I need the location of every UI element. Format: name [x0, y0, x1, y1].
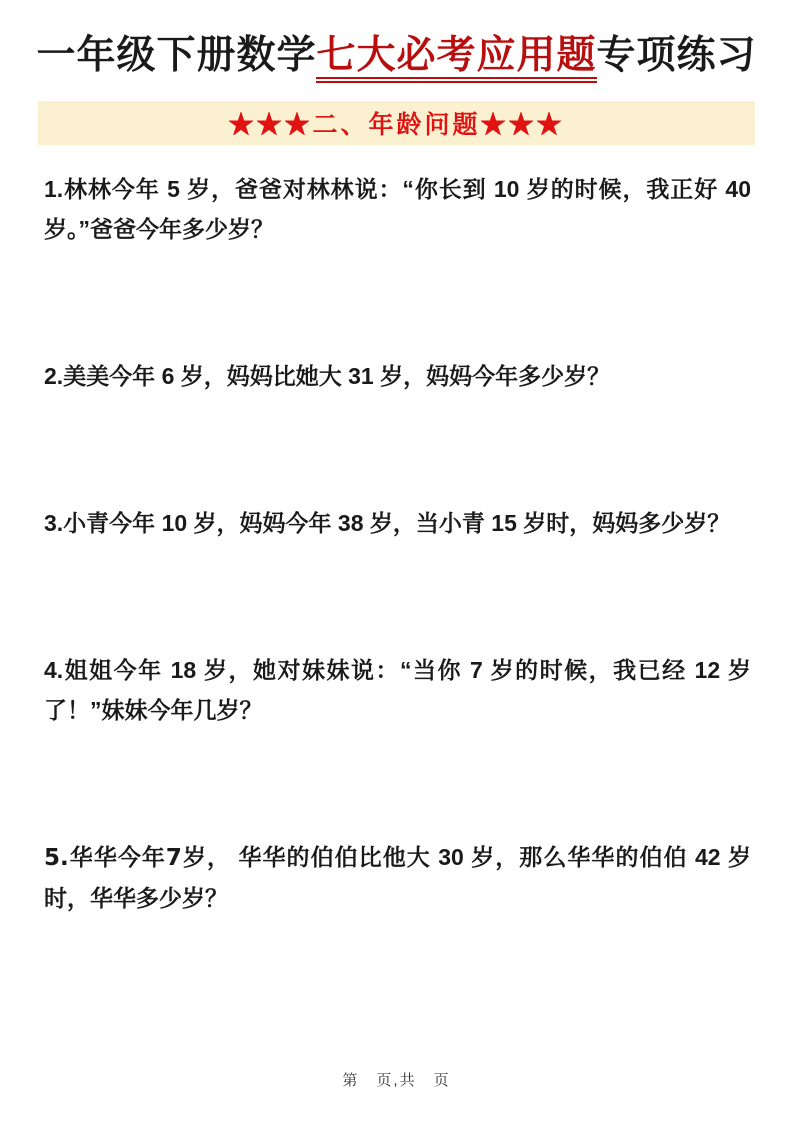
title-highlight: 七大必考应用题: [316, 34, 596, 83]
problem-text-segment: 4.姐姐今年 18 岁，她对妹妹说：“当你 7 岁的时候，我已经 12 岁了！”…: [44, 657, 751, 723]
page-footer-text: 第 页,共 页: [342, 1072, 450, 1089]
problem-text-segment: 3.小青今年 10 岁，妈妈今年 38 岁，当小青 15 岁时，妈妈多少岁？: [44, 510, 730, 536]
title-suffix: 专项练习: [597, 34, 757, 77]
problem-text-segment: 2.美美今年 6 岁，妈妈比她大 31 岁，妈妈今年多少岁？: [44, 363, 610, 389]
problem-text-segment: 5.华华今年7岁，: [44, 845, 231, 871]
problem-1: 1.林林今年 5 岁，爸爸对林林说：“你长到 10 岁的时候，我正好 40 岁。…: [44, 169, 751, 249]
problem-4: 4.姐姐今年 18 岁，她对妹妹说：“当你 7 岁的时候，我已经 12 岁了！”…: [44, 650, 751, 730]
problem-2: 2.美美今年 6 岁，妈妈比她大 31 岁，妈妈今年多少岁？: [44, 356, 751, 396]
problem-text-segment: 1.林林今年 5 岁，爸爸对林林说：“你长到 10 岁的时候，我正好 40 岁。…: [44, 176, 751, 242]
title-prefix: 一年级下册数学: [36, 34, 316, 77]
page-footer: 第 页,共 页: [0, 1069, 793, 1090]
problems-list: 1.林林今年 5 岁，爸爸对林林说：“你长到 10 岁的时候，我正好 40 岁。…: [44, 169, 751, 919]
section-banner-text: ★★★二、年龄问题★★★: [228, 105, 564, 141]
problem-3: 3.小青今年 10 岁，妈妈今年 38 岁，当小青 15 岁时，妈妈多少岁？: [44, 503, 751, 543]
problem-5: 5.华华今年7岁， 华华的伯伯比他大 30 岁，那么华华的伯伯 42 岁时，华华…: [44, 837, 751, 919]
section-banner: ★★★二、年龄问题★★★: [38, 101, 755, 145]
worksheet-page: 一年级下册数学七大必考应用题专项练习 ★★★二、年龄问题★★★ 1.林林今年 5…: [0, 0, 793, 1122]
problem-text-segment: 多少岁？: [136, 886, 228, 912]
page-title: 一年级下册数学七大必考应用题专项练习: [24, 30, 769, 83]
